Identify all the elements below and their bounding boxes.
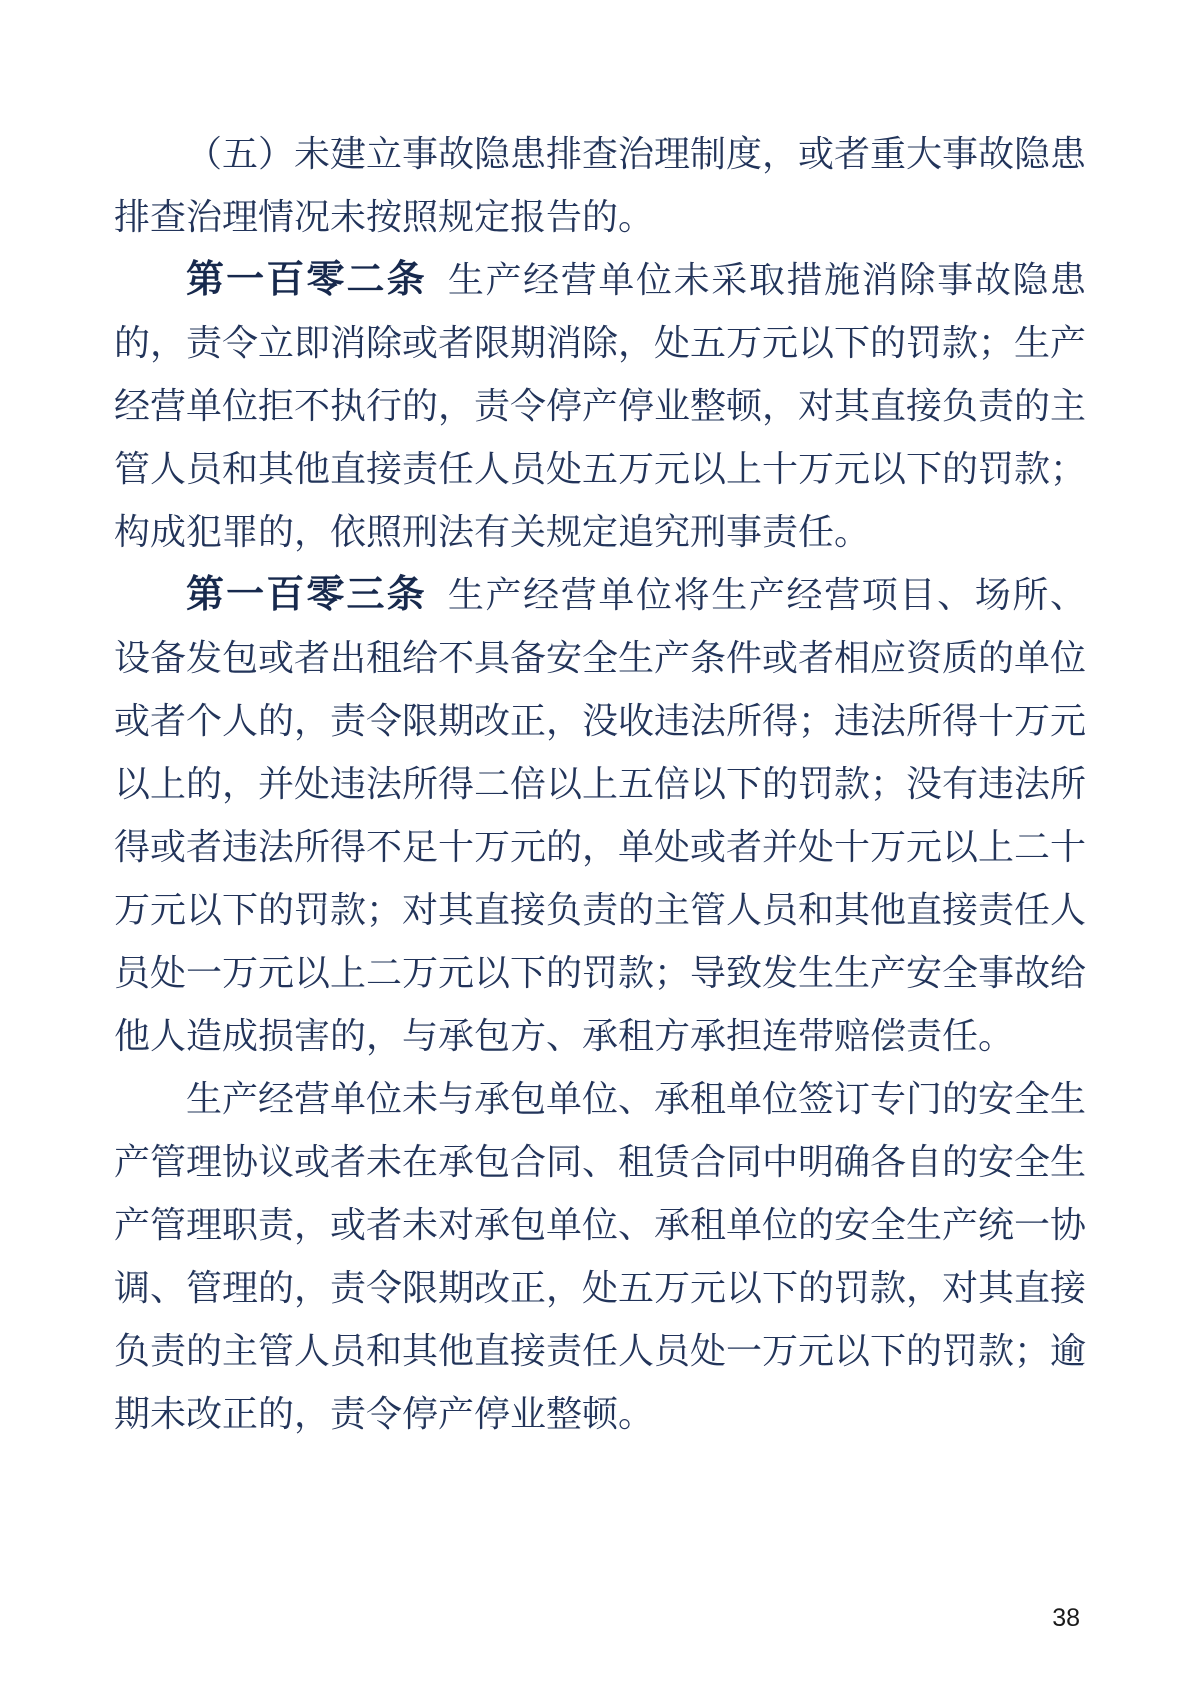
- page-number: 38: [1052, 1603, 1080, 1633]
- paragraph-article-103: 第一百零三条生产经营单位将生产经营项目、场所、设备发包或者出租给不具备安全生产条…: [114, 564, 1086, 1068]
- article-number-heading: 第一百零三条: [186, 574, 427, 616]
- paragraph-text: 生产经营单位未与承包单位、承租单位签订专门的安全生产管理协议或者未在承包合同、租…: [114, 1079, 1086, 1434]
- document-page: （五）未建立事故隐患排查治理制度，或者重大事故隐患排查治理情况未按照规定报告的。…: [0, 0, 1190, 1683]
- paragraph-text: 生产经营单位未采取措施消除事故隐患的，责令立即消除或者限期消除，处五万元以下的罚…: [114, 260, 1086, 552]
- paragraph-article-102: 第一百零二条生产经营单位未采取措施消除事故隐患的，责令立即消除或者限期消除，处五…: [114, 249, 1086, 564]
- document-body: （五）未建立事故隐患排查治理制度，或者重大事故隐患排查治理情况未按照规定报告的。…: [114, 123, 1086, 1446]
- paragraph-article-103-second: 生产经营单位未与承包单位、承租单位签订专门的安全生产管理协议或者未在承包合同、租…: [114, 1068, 1086, 1446]
- paragraph-clause-five: （五）未建立事故隐患排查治理制度，或者重大事故隐患排查治理情况未按照规定报告的。: [114, 123, 1086, 249]
- paragraph-text: （五）未建立事故隐患排查治理制度，或者重大事故隐患排查治理情况未按照规定报告的。: [114, 134, 1086, 237]
- paragraph-text: 生产经营单位将生产经营项目、场所、设备发包或者出租给不具备安全生产条件或者相应资…: [114, 575, 1086, 1056]
- article-number-heading: 第一百零二条: [186, 259, 427, 301]
